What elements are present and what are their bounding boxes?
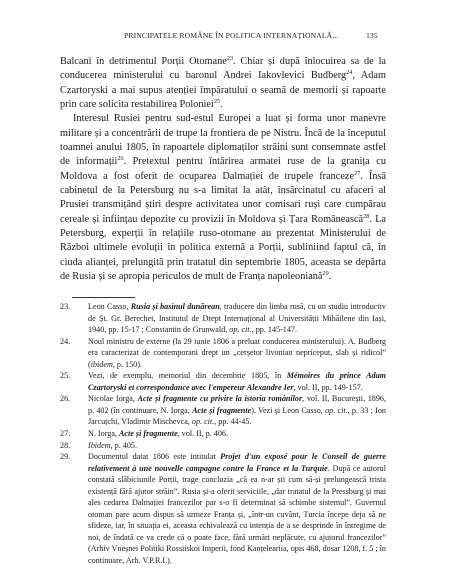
footnote-number: 27. [60,428,88,440]
footnote-reference[interactable]: 26 [117,155,123,162]
footnote-text: Ibidem, p. 405. [88,440,386,452]
footnotes-section: 23. Leon Casso, Rusia și basinul dunărea… [60,301,386,567]
footnote-number: 28. [60,440,88,452]
footnote-separator [72,297,135,298]
footnote: 24. Noul ministru de externe (la 29 iuni… [60,336,386,371]
footnote: 27. N. Iorga, Acte și fragmente, vol. II… [60,428,386,440]
document-page: PRINCIPATELE ROMÂNE ÎN POLITICA INTERNAȚ… [0,0,452,584]
footnote-reference[interactable]: 24 [346,69,352,76]
footnote: 26. Nicolae Iorga, Acte și fragmente cu … [60,393,386,428]
footnote-text: Noul ministru de externe (la 29 iunie 18… [88,336,386,371]
work-title: Acte și fragmente cu privire la istoria … [138,394,303,403]
work-title: Projet d'un exposé pour le Conseil de gu… [88,452,386,473]
footnote-reference[interactable]: 29 [323,270,329,277]
footnote: 23. Leon Casso, Rusia și basinul dunărea… [60,301,386,336]
work-title: Acte și fragmente [119,429,178,438]
work-title: Rusia și basinul dunărean [131,302,220,311]
footnote-number: 29. [60,451,88,566]
footnote-number: 26. [60,393,88,428]
footnote-text: Leon Casso, Rusia și basinul dunărean, t… [88,301,386,336]
footnote-text: N. Iorga, Acte și fragmente, vol. II, p.… [88,428,386,440]
footnote-text: Documentul datat 1806 este intitulat Pro… [88,451,386,566]
running-header-title: PRINCIPATELE ROMÂNE ÎN POLITICA INTERNAȚ… [124,31,338,40]
main-body-text: Balcani în detrimentul Porții Otomane23.… [60,55,386,285]
body-paragraph: Balcani în detrimentul Porții Otomane23.… [60,55,386,112]
italic-text: ibidem [91,360,113,369]
footnote-text: Vezi, de exemplu, memoriul din decembrie… [88,370,386,393]
footnote-number: 23. [60,301,88,336]
footnote: 28. Ibidem, p. 405. [60,440,386,452]
footnote-text: Nicolae Iorga, Acte și fragmente cu priv… [88,393,386,428]
footnote-reference[interactable]: 28 [363,213,369,220]
footnote-reference[interactable]: 23 [227,55,233,62]
italic-text: op. cit. [325,406,348,415]
footnote: 25. Vezi, de exemplu, memoriul din decem… [60,370,386,393]
body-paragraph: Interesul Rusiei pentru sud-estul Europe… [60,112,386,284]
footnote-reference[interactable]: 25 [214,98,220,105]
work-title: Mémoires du prince Adam Czartoryski et c… [88,371,386,392]
footnote-number: 24. [60,336,88,371]
footnote: 29. Documentul datat 1806 este intitulat… [60,451,386,566]
footnote-number: 25. [60,370,88,393]
page-number: 135 [366,31,378,40]
work-title: Acte și fragmente [192,406,251,415]
italic-text: op. cit. [192,417,214,426]
footnote-reference[interactable]: 27 [354,170,360,177]
italic-text: Ibidem [88,441,111,450]
italic-text: op. cit. [229,325,251,334]
